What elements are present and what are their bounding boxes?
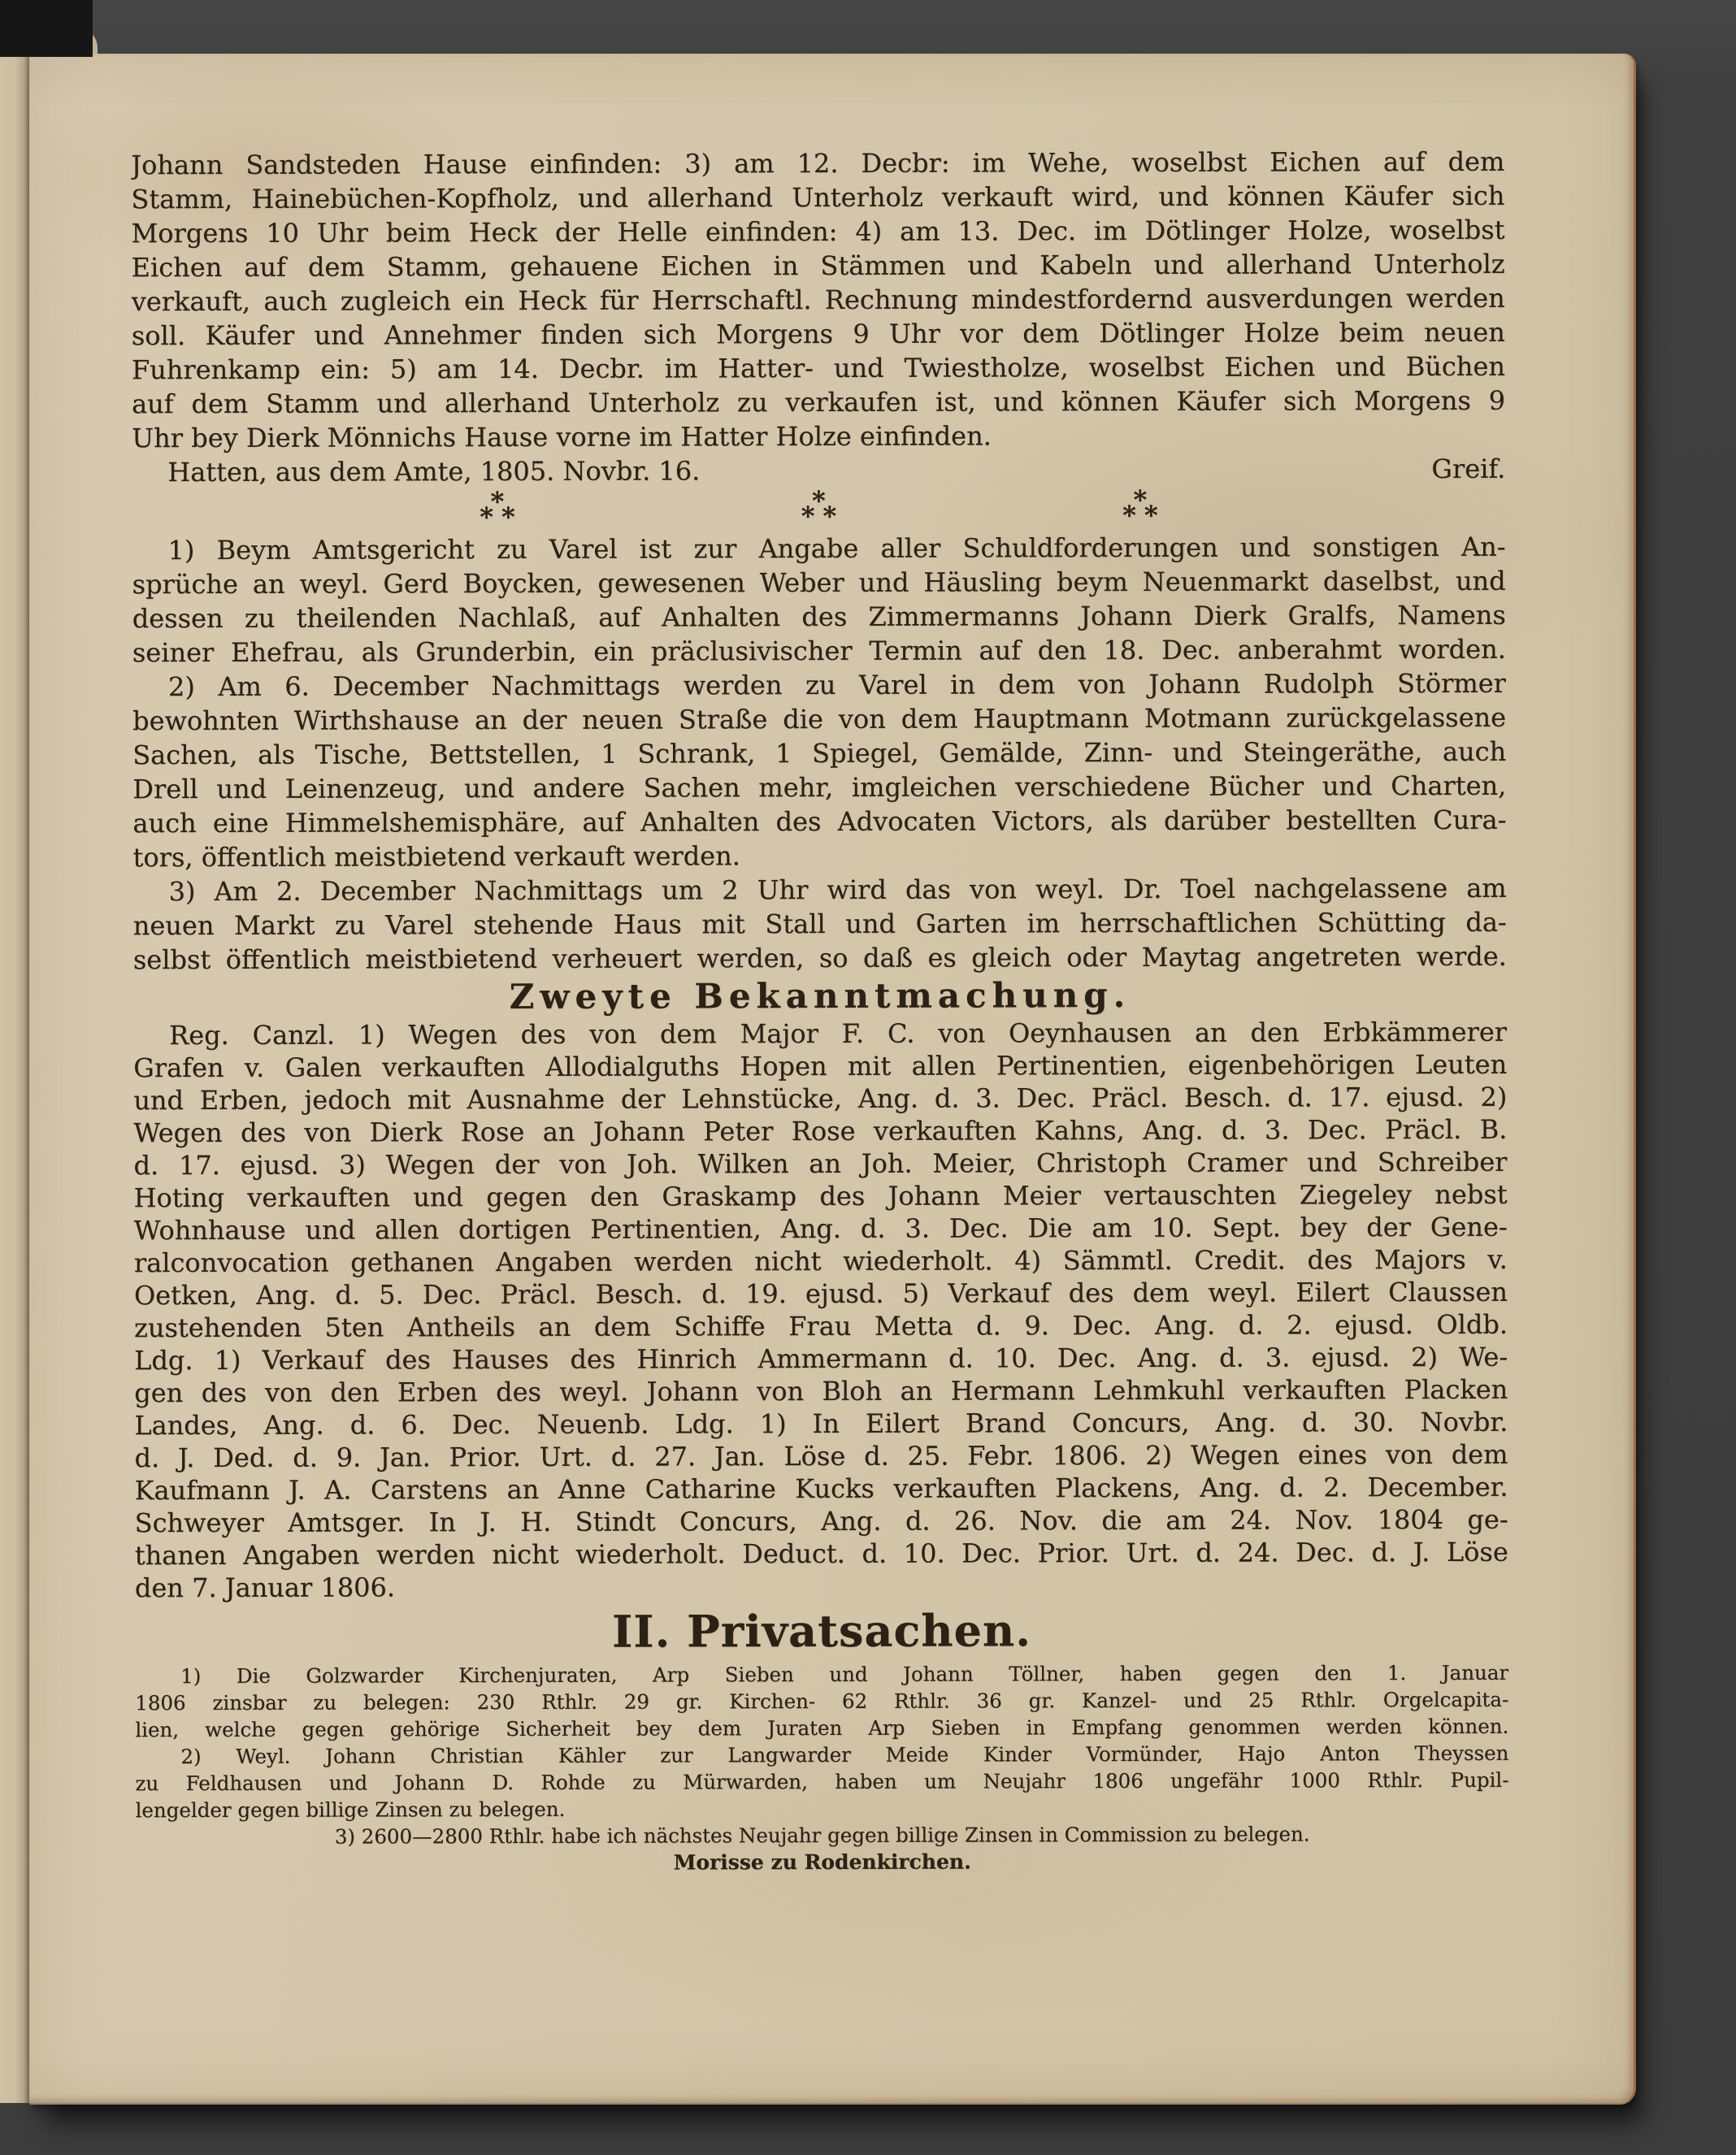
page-fold-edge — [0, 55, 31, 2103]
text-line: Johann Sandsteden Hause einfinden: 3) am… — [131, 145, 1504, 182]
asterism-icon: *** — [793, 494, 845, 525]
text-line: gen des von den Erben des weyl. Johann v… — [134, 1373, 1508, 1409]
text-line: lengelder gegen billige Zinsen zu belege… — [136, 1793, 1509, 1823]
text-line: sprüche an weyl. Gerd Boycken, gewesenen… — [132, 564, 1506, 601]
text-line: auch eine Himmelshemisphäre, auf Anhalte… — [132, 803, 1506, 840]
asterisk-glyph: ** — [793, 507, 845, 525]
asterisk-glyph: ** — [1114, 506, 1166, 524]
photo-background: Johann Sandsteden Hause einfinden: 3) am… — [0, 0, 1736, 2155]
text-line: verkauft, auch zugleich ein Heck für Her… — [132, 281, 1505, 319]
dateline-row: Hatten, aus dem Amte, 1805. Novbr. 16.Gr… — [132, 452, 1505, 489]
scanned-page: Johann Sandsteden Hause einfinden: 3) am… — [29, 54, 1636, 2105]
text-line: neuen Markt zu Varel stehende Haus mit S… — [133, 905, 1507, 943]
paragraph: Johann Sandsteden Hause einfinden: 3) am… — [131, 145, 1505, 455]
text-line: 1) Die Golzwarder Kirchenjuraten, Arp Si… — [135, 1659, 1508, 1689]
text-line: selbst öffentlich meistbietend verheuert… — [133, 939, 1507, 977]
paragraph: 3) Am 2. December Nachmittags um 2 Uhr w… — [133, 871, 1507, 977]
text-line: Wohnhause und allen dortigen Pertinentie… — [134, 1211, 1508, 1247]
text-line: und Erben, jedoch mit Ausnahme der Lehns… — [133, 1081, 1507, 1117]
text-line: d. J. Ded. d. 9. Jan. Prior. Urt. d. 27.… — [134, 1438, 1508, 1474]
text-line: thanen Angaben werden nicht wiederholt. … — [135, 1536, 1508, 1572]
text-line: den 7. Januar 1806. — [135, 1568, 1508, 1604]
asterisk-glyph: ** — [471, 508, 523, 526]
text-line: bewohnten Wirthshause an der neuen Straß… — [132, 700, 1506, 738]
section-heading-bekanntmachung: Zweyte Bekanntmachung. — [133, 973, 1507, 1019]
text-column: Johann Sandsteden Hause einfinden: 3) am… — [131, 145, 1509, 1878]
text-line: Eichen auf dem Stamm, gehauene Eichen in… — [132, 247, 1505, 284]
text-line: zustehenden 5ten Antheils an dem Schiffe… — [134, 1308, 1508, 1344]
text-line: Grafen v. Galen verkauften Allodialguths… — [133, 1048, 1507, 1084]
text-line: Ldg. 1) Verkauf des Hauses des Hinrich A… — [134, 1341, 1508, 1377]
text-line: 3) 2600—2800 Rthlr. habe ich nächstes Ne… — [136, 1820, 1509, 1850]
text-line: tors, öffentlich meistbietend verkauft w… — [132, 837, 1506, 874]
signature-line: Morisse zu Rodenkirchen. — [136, 1847, 1509, 1878]
text-line: 1806 zinsbar zu belegen: 230 Rthlr. 29 g… — [135, 1686, 1508, 1716]
text-line: Hoting verkauften und gegen den Graskamp… — [134, 1178, 1508, 1214]
asterism-icon: *** — [1114, 493, 1166, 524]
text-line: auf dem Stamm und allerhand Unterholz zu… — [132, 384, 1505, 421]
paragraph: 2) Am 6. December Nachmittags werden zu … — [132, 666, 1507, 874]
paragraph: 1) Beym Amtsgericht zu Varel ist zur Ang… — [132, 530, 1505, 670]
text-line: 3) Am 2. December Nachmittags um 2 Uhr w… — [133, 871, 1507, 908]
text-line: Sachen, als Tische, Bettstellen, 1 Schra… — [132, 735, 1506, 772]
paragraph: 3) 2600—2800 Rthlr. habe ich nächstes Ne… — [136, 1820, 1509, 1850]
text-line: Fuhrenkamp ein: 5) am 14. Decbr. im Hatt… — [132, 349, 1505, 387]
asterism-separator: ********* — [132, 486, 1505, 533]
asterism-icon: *** — [471, 495, 523, 526]
paragraph: Reg. Canzl. 1) Wegen des von dem Major F… — [133, 1016, 1508, 1604]
text-line: Schweyer Amtsger. In J. H. Stindt Concur… — [135, 1503, 1508, 1539]
text-line: dessen zu theilenden Nachlaß, auf Anhalt… — [132, 598, 1506, 635]
text-line: 1) Beym Amtsgericht zu Varel ist zur Ang… — [132, 530, 1505, 567]
text-line: Uhr bey Dierk Mönnichs Hause vorne im Ha… — [132, 418, 1505, 455]
book-spine-corner — [0, 0, 93, 57]
text-line: soll. Käufer und Annehmer finden sich Mo… — [132, 315, 1505, 353]
dateline-place-date: Hatten, aus dem Amte, 1805. Novbr. 16. — [167, 453, 700, 489]
text-line: Landes, Ang. d. 6. Dec. Neuenb. Ldg. 1) … — [134, 1406, 1508, 1442]
text-line: 2) Weyl. Johann Christian Kähler zur Lan… — [135, 1740, 1508, 1770]
text-line: seiner Ehefrau, als Grunderbin, ein präc… — [132, 632, 1506, 670]
text-line: Morgens 10 Uhr beim Heck der Helle einfi… — [131, 213, 1504, 250]
text-line: zu Feldhausen und Johann D. Rohde zu Mür… — [135, 1767, 1508, 1797]
text-line: Kaufmann J. A. Carstens an Anne Catharin… — [134, 1471, 1508, 1507]
text-line: Oetken, Ang. d. 5. Dec. Präcl. Besch. d.… — [134, 1276, 1508, 1312]
text-line: Wegen des von Dierk Rose an Johann Peter… — [133, 1113, 1507, 1149]
text-line: Stamm, Hainebüchen-Kopfholz, und allerha… — [131, 179, 1504, 216]
text-line: lien, welche gegen gehörige Sicherheit b… — [135, 1713, 1508, 1743]
text-line: Drell und Leinenzeug, und andere Sachen … — [132, 769, 1506, 806]
text-line: d. 17. ejusd. 3) Wegen der von Joh. Wilk… — [133, 1146, 1507, 1182]
text-line: 2) Am 6. December Nachmittags werden zu … — [132, 666, 1506, 704]
text-line: Reg. Canzl. 1) Wegen des von dem Major F… — [133, 1016, 1507, 1051]
section-heading-privatsachen: II. Privatsachen. — [135, 1601, 1508, 1663]
paragraph: 1) Die Golzwarder Kirchenjuraten, Arp Si… — [135, 1659, 1508, 1743]
paragraph: 2) Weyl. Johann Christian Kähler zur Lan… — [135, 1740, 1508, 1823]
dateline-signature: Greif. — [1431, 452, 1505, 486]
text-line: ralconvocation gethanen Angaben werden n… — [134, 1243, 1508, 1279]
